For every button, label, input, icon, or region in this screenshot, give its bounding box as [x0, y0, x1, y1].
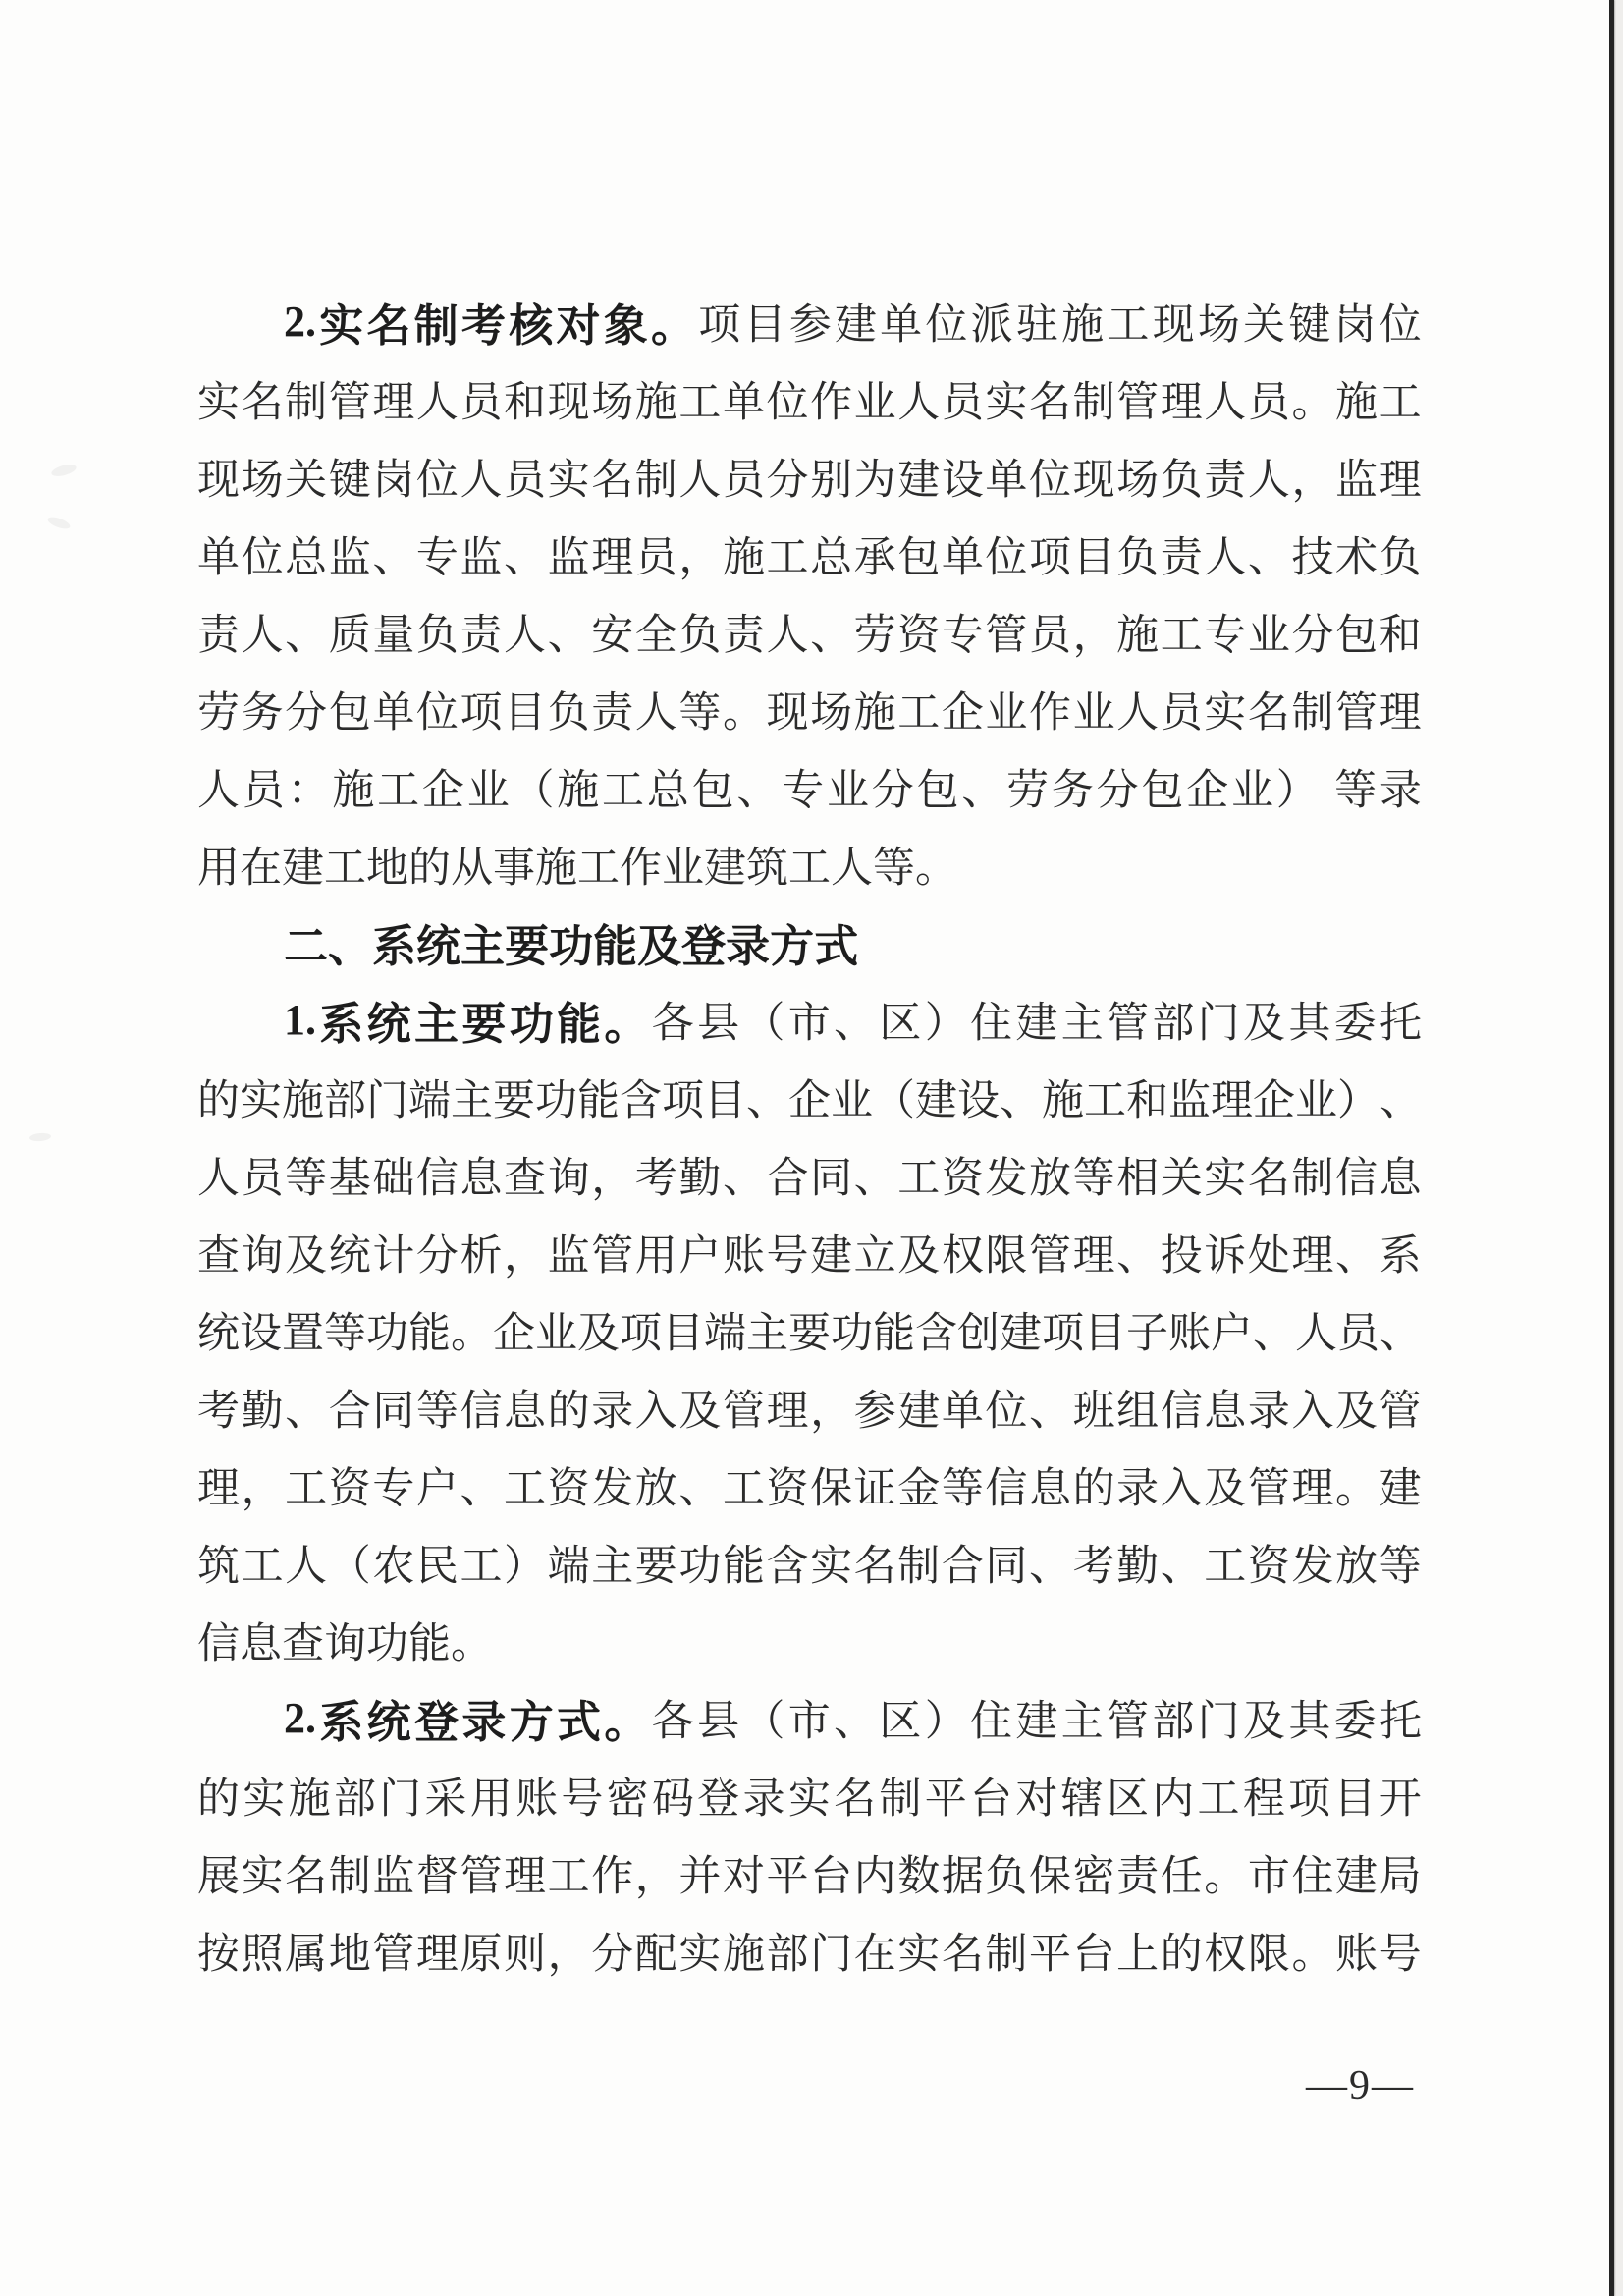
text-char: 量	[372, 602, 414, 662]
text-char: ，	[678, 524, 721, 584]
text-char: 数	[897, 1843, 940, 1903]
text-char: 等	[1334, 757, 1377, 817]
text-char: 发	[591, 1455, 633, 1515]
text-line: 的实施部门采用账号密码登录实名制平台对辖区内工程项目开	[197, 1757, 1422, 1834]
text-char: 工	[1198, 1766, 1240, 1826]
text-char: 制	[879, 1766, 921, 1826]
text-char: 理	[1073, 1223, 1115, 1283]
text-char: 项	[662, 1067, 704, 1127]
text-char: 目	[1073, 524, 1115, 584]
text-char: 项	[698, 292, 740, 352]
text-char: 权	[1204, 1921, 1246, 1981]
text-char: 、	[746, 1067, 788, 1127]
text-char: 工	[377, 757, 419, 817]
text-char: 包	[917, 757, 959, 817]
text-char: 住	[970, 990, 1012, 1050]
text-char: 人	[285, 1533, 327, 1593]
text-char: 功	[535, 1067, 577, 1127]
text-char: 人	[1116, 680, 1159, 739]
text-char: 部	[1152, 990, 1194, 1050]
text-char: 人	[197, 1145, 240, 1205]
text-char: 现	[197, 447, 240, 507]
text-char: 市	[788, 1688, 831, 1748]
text-char: 及	[1243, 990, 1285, 1050]
text-char: 施	[282, 1067, 324, 1127]
text-char: 息	[1204, 1378, 1246, 1438]
text-char: 理	[1211, 1067, 1253, 1127]
text-char: 对	[723, 1843, 765, 1903]
scan-edge-strip	[1614, 0, 1623, 2296]
text-char: 在	[240, 835, 282, 895]
text-char: 实	[1204, 680, 1246, 739]
text-char: 、	[854, 1145, 896, 1205]
text-char: 、	[1253, 1300, 1295, 1360]
text-char: 查	[197, 1223, 240, 1283]
text-char: ，	[548, 1921, 590, 1981]
text-char	[1322, 763, 1332, 811]
text-char: 息	[460, 1145, 502, 1205]
text-char: 参	[789, 292, 832, 352]
text-char: 证	[854, 1455, 896, 1515]
text-char: 门	[379, 1766, 421, 1826]
text-char: 责	[460, 602, 502, 662]
text-char: 入	[635, 1378, 677, 1438]
text-char: 统	[367, 988, 411, 1052]
text-char: 制	[1073, 369, 1115, 429]
text-char: 托	[1380, 990, 1422, 1050]
text-line: 实名制管理人员和现场施工单位作业人员实名制管理人员。施工	[197, 360, 1422, 438]
text-char: 、	[285, 1378, 327, 1438]
text-char: 放	[1335, 1533, 1378, 1593]
text-char: 、	[328, 910, 372, 974]
text-char: 等	[416, 1378, 459, 1438]
text-char: 同	[810, 1145, 852, 1205]
text-char: 息	[1380, 1145, 1422, 1205]
text-char: 企	[788, 1067, 831, 1127]
text-char: 住	[1291, 1843, 1333, 1903]
text-line: 人员等基础信息查询，考勤、合同、工资发放等相关实名制信息	[197, 1136, 1422, 1214]
text-char: 施	[854, 680, 896, 739]
text-char: 总	[647, 757, 689, 817]
text-char: （	[873, 1067, 915, 1127]
text-char: 实	[243, 1766, 285, 1826]
text-char: 属	[285, 1921, 327, 1981]
text-char: 和	[504, 369, 546, 429]
text-char: 实	[810, 1533, 852, 1593]
text-char: 施	[332, 757, 374, 817]
text-char: 建	[282, 835, 324, 895]
text-char: 工	[897, 680, 940, 739]
text-line: 用在建工地的从事施工作业建筑工人等。	[197, 826, 1422, 903]
text-char: 员	[635, 524, 677, 584]
text-char: 发	[1291, 1533, 1333, 1593]
scan-edge-artifact	[1609, 0, 1614, 2296]
text-char: 。	[451, 1300, 493, 1360]
text-char: 门	[366, 1067, 408, 1127]
text-char: 业	[985, 680, 1027, 739]
text-char: 安	[591, 602, 633, 662]
text-char: 方	[770, 910, 814, 974]
text-char: 用	[635, 1223, 677, 1283]
text-char: 责	[723, 602, 765, 662]
text-char: 组	[1116, 1378, 1159, 1438]
text-char: 员	[1337, 1300, 1380, 1360]
text-char: 施	[535, 835, 577, 895]
text-char: 劳	[854, 602, 896, 662]
text-char: ，	[591, 1145, 633, 1205]
text-char: 。	[915, 835, 957, 895]
text-char: 照	[242, 1921, 284, 1981]
text-char: 制	[329, 1843, 371, 1903]
text-char: 询	[548, 1145, 590, 1205]
text-char: 功	[831, 1300, 873, 1360]
text-char: 名	[834, 1766, 876, 1826]
text-char: 资	[329, 1455, 371, 1515]
text-char: 施	[1042, 1067, 1084, 1127]
text-char: 录	[1380, 757, 1422, 817]
text-char: 筑	[746, 835, 788, 895]
text-char: 相	[1116, 1145, 1159, 1205]
text-char: 现	[1073, 447, 1115, 507]
text-char: 企	[1186, 757, 1228, 817]
text-char: 系	[319, 1686, 363, 1750]
text-char: 能	[593, 910, 637, 974]
text-char: 部	[334, 1766, 376, 1826]
text-char: 主	[1061, 1688, 1104, 1748]
text-char: 劳	[197, 680, 240, 739]
text-char: 工	[1084, 1067, 1126, 1127]
text-char: 建	[1335, 1843, 1378, 1903]
text-char: 企	[422, 757, 464, 817]
text-char: 用	[197, 835, 240, 895]
text-char: 端	[704, 1300, 746, 1360]
text-char: 号	[1380, 1921, 1422, 1981]
text-char: 单	[197, 524, 240, 584]
text-char: 登	[414, 1686, 459, 1750]
text-char: 2.	[284, 297, 316, 347]
text-char: 要	[493, 1067, 535, 1127]
text-char: 单	[985, 447, 1027, 507]
text-char: 工	[548, 1843, 590, 1903]
text-char: 工	[767, 524, 809, 584]
text-char: 业	[1295, 1067, 1337, 1127]
text-char: 考	[635, 1145, 677, 1205]
text-char: 管	[1380, 1378, 1422, 1438]
text-char: 、	[372, 524, 414, 584]
text-char: 部	[1152, 1688, 1194, 1748]
text-char: 场	[242, 447, 284, 507]
text-char: 其	[1288, 1688, 1330, 1748]
text-char: 等	[324, 1300, 366, 1360]
text-char: 员	[1161, 680, 1203, 739]
text-char: 等	[678, 680, 721, 739]
text-char: 放	[1029, 1145, 1071, 1205]
text-char: ）	[925, 1688, 967, 1748]
text-char: 场	[810, 680, 852, 739]
text-char: 地	[329, 1921, 371, 1981]
text-char: 功	[366, 1611, 408, 1670]
text-line: 的实施部门端主要功能含项目、企业（建设、施工和监理企业）、	[197, 1059, 1422, 1136]
text-char: 主	[460, 910, 505, 974]
text-char: 业	[1073, 680, 1115, 739]
text-char: 、	[1116, 1223, 1159, 1283]
text-char: 号	[767, 1223, 809, 1283]
text-char: 实	[548, 447, 590, 507]
text-char: 监	[548, 1223, 590, 1283]
text-char: 放	[635, 1455, 677, 1515]
text-char: （	[329, 1533, 371, 1593]
text-char: 能	[577, 1067, 620, 1127]
text-char: 在	[854, 1921, 896, 1981]
text-char: 、	[723, 1145, 765, 1205]
text-char: 人	[1248, 447, 1290, 507]
text-char: 能	[408, 1611, 451, 1670]
text-char: 名	[942, 1921, 984, 1981]
text-char: 岗	[1334, 292, 1377, 352]
text-char: 质	[329, 602, 371, 662]
text-char: 名	[285, 1843, 327, 1903]
text-char: 和	[1380, 602, 1422, 662]
text-char: 位	[242, 524, 284, 584]
text-char: 实	[788, 1766, 831, 1826]
text-char: 资	[897, 602, 940, 662]
text-char: 录	[726, 910, 770, 974]
text-char: 工	[324, 835, 366, 895]
text-char: 及	[897, 1223, 940, 1283]
text-char: 员	[1029, 602, 1071, 662]
text-char: 企	[1253, 1067, 1295, 1127]
text-char: 包	[692, 757, 734, 817]
scanned-document-page: 2.实名制考核对象。项目参建单位派驻施工现场关键岗位实名制管理人员和现场施工单位…	[0, 0, 1623, 2296]
text-char: 户	[416, 1455, 459, 1515]
text-char: 管	[1116, 369, 1159, 429]
text-char: 施	[557, 757, 599, 817]
text-char: 单	[372, 680, 414, 739]
text-char: 目	[1333, 1766, 1376, 1826]
text-char: 、	[1000, 1067, 1042, 1127]
text-char: 账	[1335, 1921, 1378, 1981]
text-char: 设	[957, 1067, 1000, 1127]
text-char: 务	[242, 680, 284, 739]
text-char: 技	[1291, 524, 1333, 584]
text-char: 入	[1291, 1378, 1333, 1438]
text-char: 门	[1198, 990, 1240, 1050]
text-char: 位	[985, 524, 1027, 584]
text-char: 任	[1161, 1843, 1203, 1903]
text-char: 发	[985, 1145, 1027, 1205]
page-number: —9—	[1306, 2062, 1415, 2109]
text-char: 企	[942, 680, 984, 739]
text-char: 功	[366, 1300, 408, 1360]
text-char: 信	[1161, 1378, 1203, 1438]
text-char: 县	[697, 1688, 739, 1748]
text-char: 位	[985, 1378, 1027, 1438]
text-char: 、	[961, 757, 1003, 817]
text-line: 责人、质量负责人、安全负责人、劳资专管员，施工专业分包和	[197, 593, 1422, 671]
text-char: 责	[1161, 524, 1203, 584]
text-char: 管	[1029, 1223, 1071, 1283]
text-char: 目	[662, 1300, 704, 1360]
text-char: 民	[416, 1533, 459, 1593]
text-char: 员	[242, 1145, 284, 1205]
text-char: 建	[915, 1067, 957, 1127]
text-char: 区	[879, 990, 921, 1050]
text-char: 建	[1380, 1455, 1422, 1515]
text-char: 等	[285, 1145, 327, 1205]
text-char: 2.	[284, 1693, 316, 1743]
text-line: 2.实名制考核对象。项目参建单位派驻施工现场关键岗位	[197, 283, 1422, 360]
text-char: 委	[1334, 990, 1377, 1050]
text-char: 。	[723, 680, 765, 739]
text-char: 信	[460, 1378, 502, 1438]
text-char: 人	[504, 602, 546, 662]
text-char: 包	[329, 680, 371, 739]
text-line: 2.系统登录方式。各县（市、区）住建主管部门及其委托	[197, 1679, 1422, 1757]
text-char: 工	[285, 1455, 327, 1515]
text-char: 、	[548, 602, 590, 662]
text-char: 端	[548, 1533, 590, 1593]
text-char: 责	[197, 602, 240, 662]
text-char: 制	[1291, 1145, 1333, 1205]
text-char: 监	[372, 1843, 414, 1903]
text-char: 包	[897, 524, 940, 584]
text-char: 工	[788, 835, 831, 895]
text-char: 业	[535, 1300, 577, 1360]
text-char: 础	[372, 1145, 414, 1205]
text-char: 子	[1126, 1300, 1168, 1360]
text-char: 制	[985, 1921, 1027, 1981]
text-char: 、	[834, 990, 876, 1050]
text-char: 人	[767, 602, 809, 662]
text-char: 据	[942, 1843, 984, 1903]
text-char: 位	[1380, 292, 1422, 352]
text-char: 实	[242, 1843, 284, 1903]
text-char: 保	[1029, 1843, 1071, 1903]
text-char: 部	[324, 1067, 366, 1127]
text-line: 二、系统主要功能及登录方式	[197, 903, 1422, 981]
text-char: 对	[1015, 1766, 1057, 1826]
text-char: 勤	[242, 1378, 284, 1438]
text-char: 管	[723, 1378, 765, 1438]
text-char: 区	[1107, 1766, 1149, 1826]
text-line: 理，工资专户、工资发放、工资保证金等信息的录入及管理。建	[197, 1447, 1422, 1524]
text-char: 分	[285, 680, 327, 739]
text-char: 管	[985, 602, 1027, 662]
text-char: 位	[925, 292, 967, 352]
text-char: 、	[1380, 1067, 1422, 1127]
text-char: 人	[897, 369, 940, 429]
text-char: 勤	[678, 1145, 721, 1205]
text-char: 限	[985, 1223, 1027, 1283]
text-char: 及	[1335, 1378, 1378, 1438]
text-char: （	[742, 990, 784, 1050]
text-char: 单	[880, 292, 922, 352]
text-char: 名	[242, 369, 284, 429]
text-char: 管	[591, 1223, 633, 1283]
text-char: 要	[505, 910, 549, 974]
text-char: 负	[1116, 524, 1159, 584]
text-char: 等	[1073, 1145, 1115, 1205]
text-char: 理	[504, 1843, 546, 1903]
text-char: 号	[561, 1766, 603, 1826]
text-char: 实	[1204, 1145, 1246, 1205]
text-char: 台	[810, 1843, 852, 1903]
text-char: 建	[810, 1223, 852, 1283]
text-char: 及	[678, 1378, 721, 1438]
text-char: 实	[897, 1921, 940, 1981]
text-char: 术	[1335, 524, 1378, 584]
text-char: 管	[329, 369, 371, 429]
text-char: 投	[1161, 1223, 1203, 1283]
text-char: 项	[1029, 524, 1071, 584]
text-char: 合	[942, 1533, 984, 1593]
text-char: 理	[767, 1378, 809, 1438]
text-char: 位	[416, 680, 459, 739]
text-char: 息	[240, 1611, 282, 1670]
text-char: 员	[1248, 369, 1290, 429]
text-char: （	[742, 1688, 784, 1748]
text-char: 现	[1153, 292, 1195, 352]
text-char: 考	[197, 1378, 240, 1438]
text-char: 项	[460, 680, 502, 739]
text-char: 资	[767, 1455, 809, 1515]
text-char: 。	[604, 1686, 648, 1750]
text-char: 基	[329, 1145, 371, 1205]
text-char: 统	[367, 1686, 411, 1750]
text-char: 、	[678, 1455, 721, 1515]
text-char: 录	[743, 1766, 785, 1826]
text-char: 功	[678, 1533, 721, 1593]
text-char: 施	[723, 1921, 765, 1981]
text-char: 专	[782, 757, 824, 817]
text-char: 目	[704, 1067, 746, 1127]
text-char: 的	[548, 1378, 590, 1438]
text-char: 主	[1061, 990, 1104, 1050]
text-char: 方	[510, 1686, 554, 1750]
text-char: 责	[1116, 1843, 1159, 1903]
text-char: 各	[652, 1688, 694, 1748]
text-char: 作	[591, 1843, 633, 1903]
text-char: 实	[678, 1921, 721, 1981]
text-char: 工	[897, 1145, 940, 1205]
text-char: 权	[942, 1223, 984, 1283]
text-char: 的	[197, 1766, 240, 1826]
text-char: 作	[620, 835, 662, 895]
text-char: 部	[767, 1921, 809, 1981]
text-char: ，	[635, 1843, 677, 1903]
text-char: 现	[767, 680, 809, 739]
text-char: 参	[854, 1378, 896, 1438]
text-char: 总	[810, 524, 852, 584]
text-char: 名	[366, 290, 410, 354]
text-char: 员	[942, 369, 984, 429]
text-char: 目	[504, 680, 546, 739]
text-char: 置	[282, 1300, 324, 1360]
text-char: 等	[1380, 1533, 1422, 1593]
text-char: 地	[366, 835, 408, 895]
text-char: 理	[1380, 680, 1422, 739]
text-char: 名	[591, 447, 633, 507]
text-char: 要	[788, 1300, 831, 1360]
text-char: 单	[942, 1378, 984, 1438]
text-char: 包	[1141, 757, 1183, 817]
text-char: 用	[470, 1766, 513, 1826]
text-char: 工	[602, 757, 644, 817]
text-char: 查	[282, 1611, 324, 1670]
text-char: 专	[1204, 602, 1246, 662]
text-char: 分	[591, 1921, 633, 1981]
text-char: 负	[985, 1843, 1027, 1903]
